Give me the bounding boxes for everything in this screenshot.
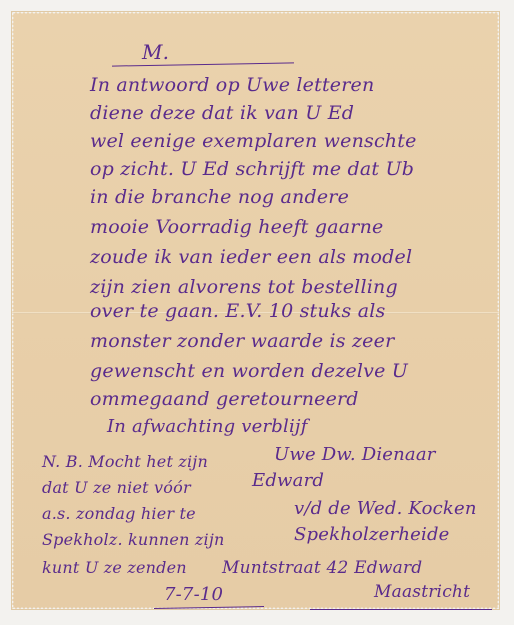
body-line: zoude ik van ieder een als model <box>90 246 412 268</box>
body-line: ommegaand geretourneerd <box>90 388 359 410</box>
postscript-line: dat U ze niet vóór <box>42 478 191 497</box>
date: 7-7-10 <box>164 584 223 605</box>
closing: In afwachting verblijf <box>107 416 308 437</box>
body-line: zijn zien alvorens tot bestelling <box>90 276 398 298</box>
city: Maastricht <box>374 582 470 602</box>
letter-card: M. In antwoord op Uwe letteren diene dez… <box>12 12 499 609</box>
address-underline <box>310 609 492 610</box>
salutation: M. <box>142 40 169 64</box>
postscript-line: kunt U ze zenden <box>42 558 187 577</box>
address-line: Muntstraat 42 Edward <box>222 558 422 578</box>
perforated-edge-top <box>12 12 499 15</box>
postscript-text: dat U ze niet vóór <box>42 478 191 497</box>
postscript-line: N. B. Mocht het zijn <box>42 452 208 471</box>
postscript-line: a.s. zondag hier te <box>42 504 196 523</box>
body-line: op zicht. U Ed schrijft me dat Ub <box>90 158 414 180</box>
salutation-underline <box>112 62 294 66</box>
signature-line: Uwe Dw. Dienaar <box>274 444 436 465</box>
perforated-edge-right <box>496 12 499 609</box>
perforated-edge-left <box>12 12 15 609</box>
body-line: wel eenige exemplaren wenschte <box>90 130 417 152</box>
signature-company: v/d de Wed. Kocken <box>294 498 477 519</box>
body-line: over te gaan. E.V. 10 stuks als <box>90 300 385 322</box>
body-line: diene deze dat ik van U Ed <box>90 102 354 124</box>
signature-place: Spekholzerheide <box>294 524 450 545</box>
postscript-line: Spekholz. kunnen zijn <box>42 530 225 549</box>
body-line: gewenscht en worden dezelve U <box>90 360 408 382</box>
signature-name: Edward <box>252 470 324 491</box>
body-line: In antwoord op Uwe letteren <box>90 74 374 96</box>
body-line: mooie Voorradig heeft gaarne <box>90 216 383 238</box>
body-line: monster zonder waarde is zeer <box>90 330 394 352</box>
body-line: in die branche nog andere <box>90 186 349 208</box>
